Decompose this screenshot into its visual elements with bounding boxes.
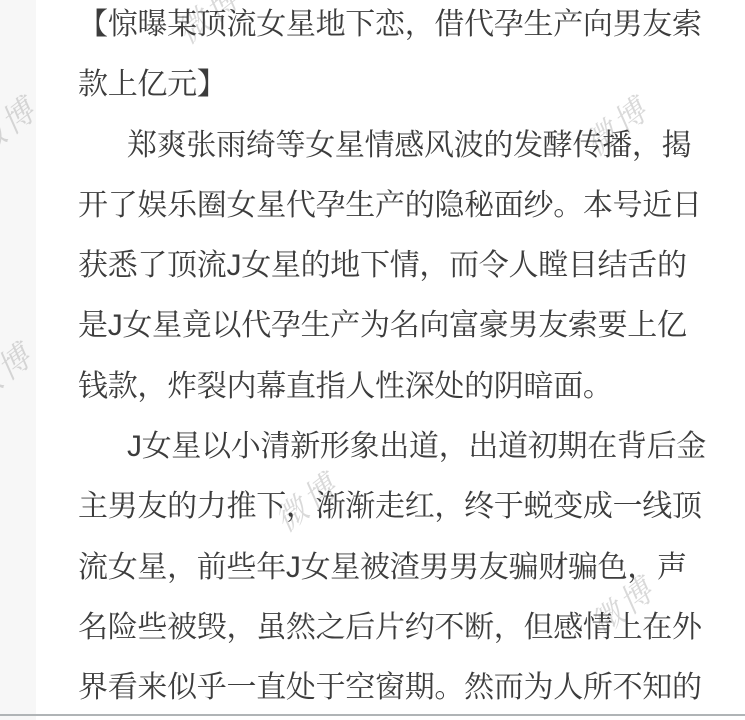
article-screenshot: 微博 微博 微博 微博 微博 微博 【惊曝某顶流女星地下恋，借代孕生产向男友索 … [0,0,745,720]
article-line: 钱款，炸裂内幕直指人性深处的阴暗面。 [78,357,728,417]
article-title-line: 【惊曝某顶流女星地下恋，借代孕生产向男友索 [78,0,728,55]
article-line: J女星以小清新形象出道，出道初期在背后金 [78,417,728,477]
article-title-line: 款上亿元】 [78,55,728,115]
article-line: 是J女星竟以代孕生产为名向富豪男友索要上亿 [78,296,728,356]
article-line: 流女星，前些年J女星被渣男男友骗财骗色，声 [78,538,728,598]
article-line: 获悉了顶流J女星的地下情，而令人瞠目结舌的 [78,236,728,296]
left-margin-strip [0,0,36,720]
article-line: 名险些被毁，虽然之后片约不断，但感情上在外 [78,598,728,658]
article-line: 郑爽张雨绮等女星情感风波的发酵传播，揭 [78,116,728,176]
article-text: 【惊曝某顶流女星地下恋，借代孕生产向男友索 款上亿元】 郑爽张雨绮等女星情感风波… [78,0,728,719]
bottom-divider-line [0,714,745,716]
article-line: 开了娱乐圈女星代孕生产的隐秘面纱。本号近日 [78,176,728,236]
article-line: 界看来似乎一直处于空窗期。然而为人所不知的 [78,658,728,718]
article-line: 主男友的力推下，渐渐走红，终于蜕变成一线顶 [78,477,728,537]
